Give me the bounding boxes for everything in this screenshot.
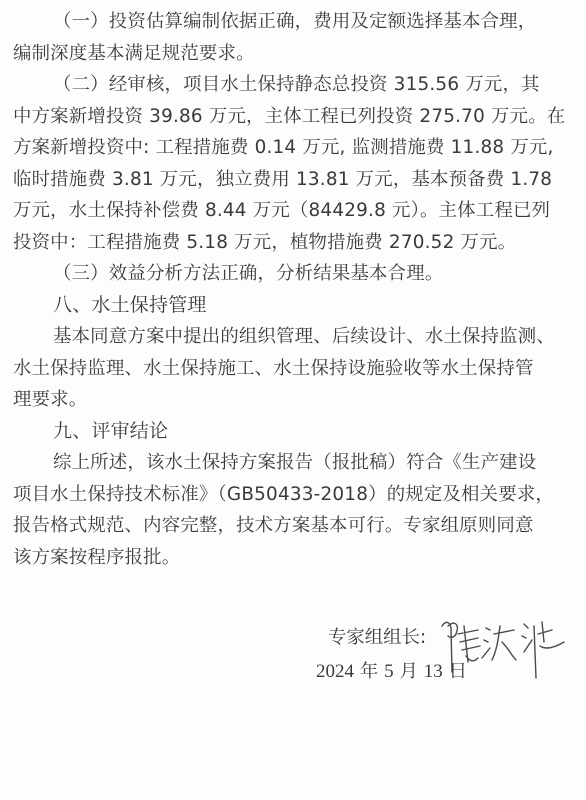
section-8-line-3: 理要求。 <box>13 384 577 416</box>
paragraph-1-line-2: 编制深度基本满足规范要求。 <box>13 38 577 70</box>
section-9-line-1: 综上所述，该水土保持方案报告（报批稿）符合《生产建设 <box>13 447 577 479</box>
paragraph-1-line-1: （一）投资估算编制依据正确，费用及定额选择基本合理， <box>13 6 577 38</box>
section-8-line-2: 水土保持监理、水土保持施工、水土保持设施验收等水土保持管 <box>13 353 577 385</box>
paragraph-2-line-1: （二）经审核，项目水土保持静态总投资 315.56 万元，其 <box>13 69 577 101</box>
date-day: 13 <box>424 661 443 682</box>
date-month: 5 <box>384 661 394 682</box>
paragraph-3-line-1: （三）效益分析方法正确，分析结果基本合理。 <box>13 258 577 290</box>
paragraph-2-line-6: 投资中：工程措施费 5.18 万元，植物措施费 270.52 万元。 <box>13 227 577 259</box>
paragraph-2-line-4: 临时措施费 3.81 万元，独立费用 13.81 万元，基本预备费 1.78 <box>13 164 577 196</box>
date-day-unit: 日 <box>449 661 467 682</box>
section-9-line-4: 该方案按程序报批。 <box>13 542 577 574</box>
section-9-line-2: 项目水土保持技术标准》（GB50433-2018）的规定及相关要求， <box>13 479 577 511</box>
paragraph-2-line-2: 中方案新增投资 39.86 万元，主体工程已列投资 275.70 万元。在 <box>13 101 577 133</box>
section-8-heading: 八、水土保持管理 <box>13 290 577 322</box>
date-month-unit: 月 <box>399 661 417 682</box>
document-page: （一）投资估算编制依据正确，费用及定额选择基本合理， 编制深度基本满足规范要求。… <box>13 6 577 573</box>
paragraph-2-line-3: 方案新增投资中: 工程措施费 0.14 万元, 监测措施费 11.88 万元, <box>13 132 577 164</box>
section-8-line-1: 基本同意方案中提出的组织管理、后续设计、水土保持监测、 <box>13 321 577 353</box>
date-year: 2024 <box>316 661 354 682</box>
signature-date: 2024 年 5 月 13 日 <box>316 658 467 686</box>
paragraph-2-line-5: 万元，水土保持补偿费 8.44 万元（84429.8 元）。主体工程已列 <box>13 195 577 227</box>
section-9-heading: 九、评审结论 <box>13 416 577 448</box>
signature-label: 专家组组长: <box>328 624 426 652</box>
date-year-unit: 年 <box>360 661 378 682</box>
section-9-line-3: 报告格式规范、内容完整，技术方案基本可行。专家组原则同意 <box>13 510 577 542</box>
